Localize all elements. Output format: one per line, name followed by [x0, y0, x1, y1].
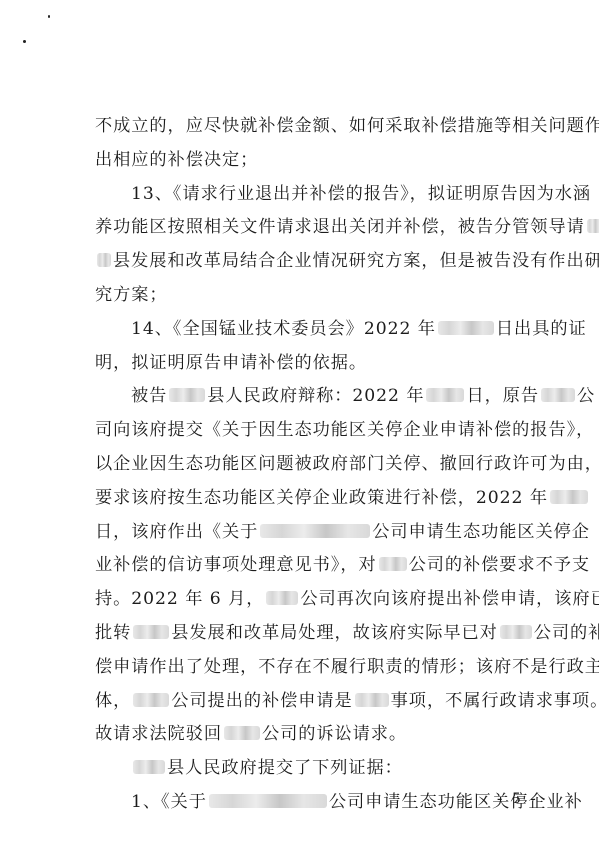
scan-speck — [48, 15, 50, 18]
page-number: - 5 - — [497, 790, 539, 808]
redaction-blur — [169, 388, 205, 402]
text-line: 14、《全国锰业技术委员会》2022 年日出具的证 — [131, 317, 587, 341]
redaction-blur — [355, 693, 389, 707]
text-segment: 要求该府按生态功能区关停企业政策进行补偿，2022 年 — [95, 488, 548, 508]
text-segment: 被告 — [131, 386, 167, 406]
text-line: 出相应的补偿决定； — [95, 148, 258, 172]
text-segment: 持。2022 年 6 月， — [95, 589, 264, 609]
text-line: 县发展和改革局结合企业情况研究方案，但是被告没有作出研 — [95, 249, 599, 273]
redaction-blur — [97, 253, 111, 267]
text-segment: 不成立的，应尽快就补偿金额、如何采取补偿措施等相关问题作 — [95, 116, 599, 136]
text-line: 业补偿的信访事项处理意见书》，对公司的补偿要求不予支 — [95, 553, 590, 577]
text-segment: 公司的诉讼请求。 — [262, 724, 407, 744]
redaction-blur — [438, 321, 494, 335]
text-segment: 县人民政府辩称：2022 年 — [207, 386, 424, 406]
text-segment: 业补偿的信访事项处理意见书》，对 — [95, 555, 377, 575]
redaction-blur — [266, 591, 298, 605]
text-segment: 1、《关于 — [131, 792, 207, 812]
text-segment: 明，拟证明原告申请补偿的依据。 — [95, 353, 367, 373]
text-segment: 14、《全国锰业技术委员会》2022 年 — [131, 319, 436, 339]
text-line: 故请求法院驳回公司的诉讼请求。 — [95, 722, 407, 746]
text-line: 体，公司提出的补偿申请是事项，不属行政请求事项。 — [95, 689, 599, 713]
text-line: 县人民政府提交了下列证据： — [131, 756, 403, 780]
text-segment: 日，该府作出《关于 — [95, 522, 258, 542]
redaction-blur — [209, 794, 327, 808]
text-line: 批转县发展和改革局处理，故该府实际早已对公司的补 — [95, 621, 599, 645]
text-segment: 以企业因生态功能区问题被政府部门关停、撤回行政许可为由， — [95, 454, 599, 474]
redaction-blur — [500, 625, 532, 639]
redaction-blur — [133, 693, 169, 707]
redaction-blur — [224, 726, 260, 740]
text-segment: 公司提出的补偿申请是 — [171, 691, 352, 711]
text-segment: 公司的补偿要求不予支 — [409, 555, 590, 575]
text-segment: 司向该府提交《关于因生态功能区关停企业申请补偿的报告》， — [95, 420, 594, 440]
redaction-blur — [133, 760, 165, 774]
text-segment: 日出具的证 — [496, 319, 587, 339]
text-segment: 事项，不属行政请求事项。 — [391, 691, 599, 711]
text-segment: 县人民政府提交了下列证据： — [167, 758, 403, 778]
text-segment: 究方案； — [95, 285, 168, 305]
redaction-blur — [260, 524, 370, 538]
text-line: 被告县人民政府辩称：2022 年日，原告公 — [131, 384, 595, 408]
text-line: 13、《请求行业退出并补偿的报告》，拟证明原告因为水涵 — [131, 182, 591, 206]
text-segment: 体， — [95, 691, 131, 711]
redaction-blur — [550, 490, 588, 504]
text-segment: 公司申请生态功能区关停企业补 — [329, 792, 583, 812]
text-segment: 公司再次向该府提出补偿申请，该府已 — [300, 589, 599, 609]
text-segment: 养功能区按照相关文件请求退出关闭并补偿，被告分管领导请 — [95, 217, 585, 237]
text-line: 以企业因生态功能区问题被政府部门关停、撤回行政许可为由， — [95, 452, 599, 476]
text-line: 究方案； — [95, 283, 168, 307]
redaction-blur — [379, 557, 407, 571]
text-line: 持。2022 年 6 月，公司再次向该府提出补偿申请，该府已 — [95, 587, 599, 611]
text-segment: 县发展和改革局处理，故该府实际早已对 — [171, 623, 497, 643]
text-segment: 13、《请求行业退出并补偿的报告》，拟证明原告因为水涵 — [131, 184, 591, 204]
text-segment: 批转 — [95, 623, 131, 643]
scan-speck — [23, 40, 26, 43]
text-segment: 公 — [577, 386, 595, 406]
text-segment: 县发展和改革局结合企业情况研究方案，但是被告没有作出研 — [113, 251, 599, 271]
text-segment: 偿申请作出了处理，不存在不履行职责的情形；该府不是行政主 — [95, 657, 599, 677]
redaction-blur — [587, 219, 599, 233]
text-segment: 日，原告 — [466, 386, 539, 406]
text-line: 偿申请作出了处理，不存在不履行职责的情形；该府不是行政主 — [95, 655, 599, 679]
text-line: 养功能区按照相关文件请求退出关闭并补偿，被告分管领导请 — [95, 215, 599, 239]
text-line: 明，拟证明原告申请补偿的依据。 — [95, 351, 367, 375]
redaction-blur — [426, 388, 464, 402]
text-line: 司向该府提交《关于因生态功能区关停企业申请补偿的报告》， — [95, 418, 594, 442]
text-line: 要求该府按生态功能区关停企业政策进行补偿，2022 年 — [95, 486, 590, 510]
text-segment: 出相应的补偿决定； — [95, 150, 258, 170]
redaction-blur — [541, 388, 575, 402]
text-segment: 公司的补 — [534, 623, 599, 643]
text-line: 日，该府作出《关于公司申请生态功能区关停企 — [95, 520, 590, 544]
text-segment: 公司申请生态功能区关停企 — [372, 522, 590, 542]
redaction-blur — [133, 625, 169, 639]
text-segment: 故请求法院驳回 — [95, 724, 222, 744]
text-line: 不成立的，应尽快就补偿金额、如何采取补偿措施等相关问题作 — [95, 114, 599, 138]
